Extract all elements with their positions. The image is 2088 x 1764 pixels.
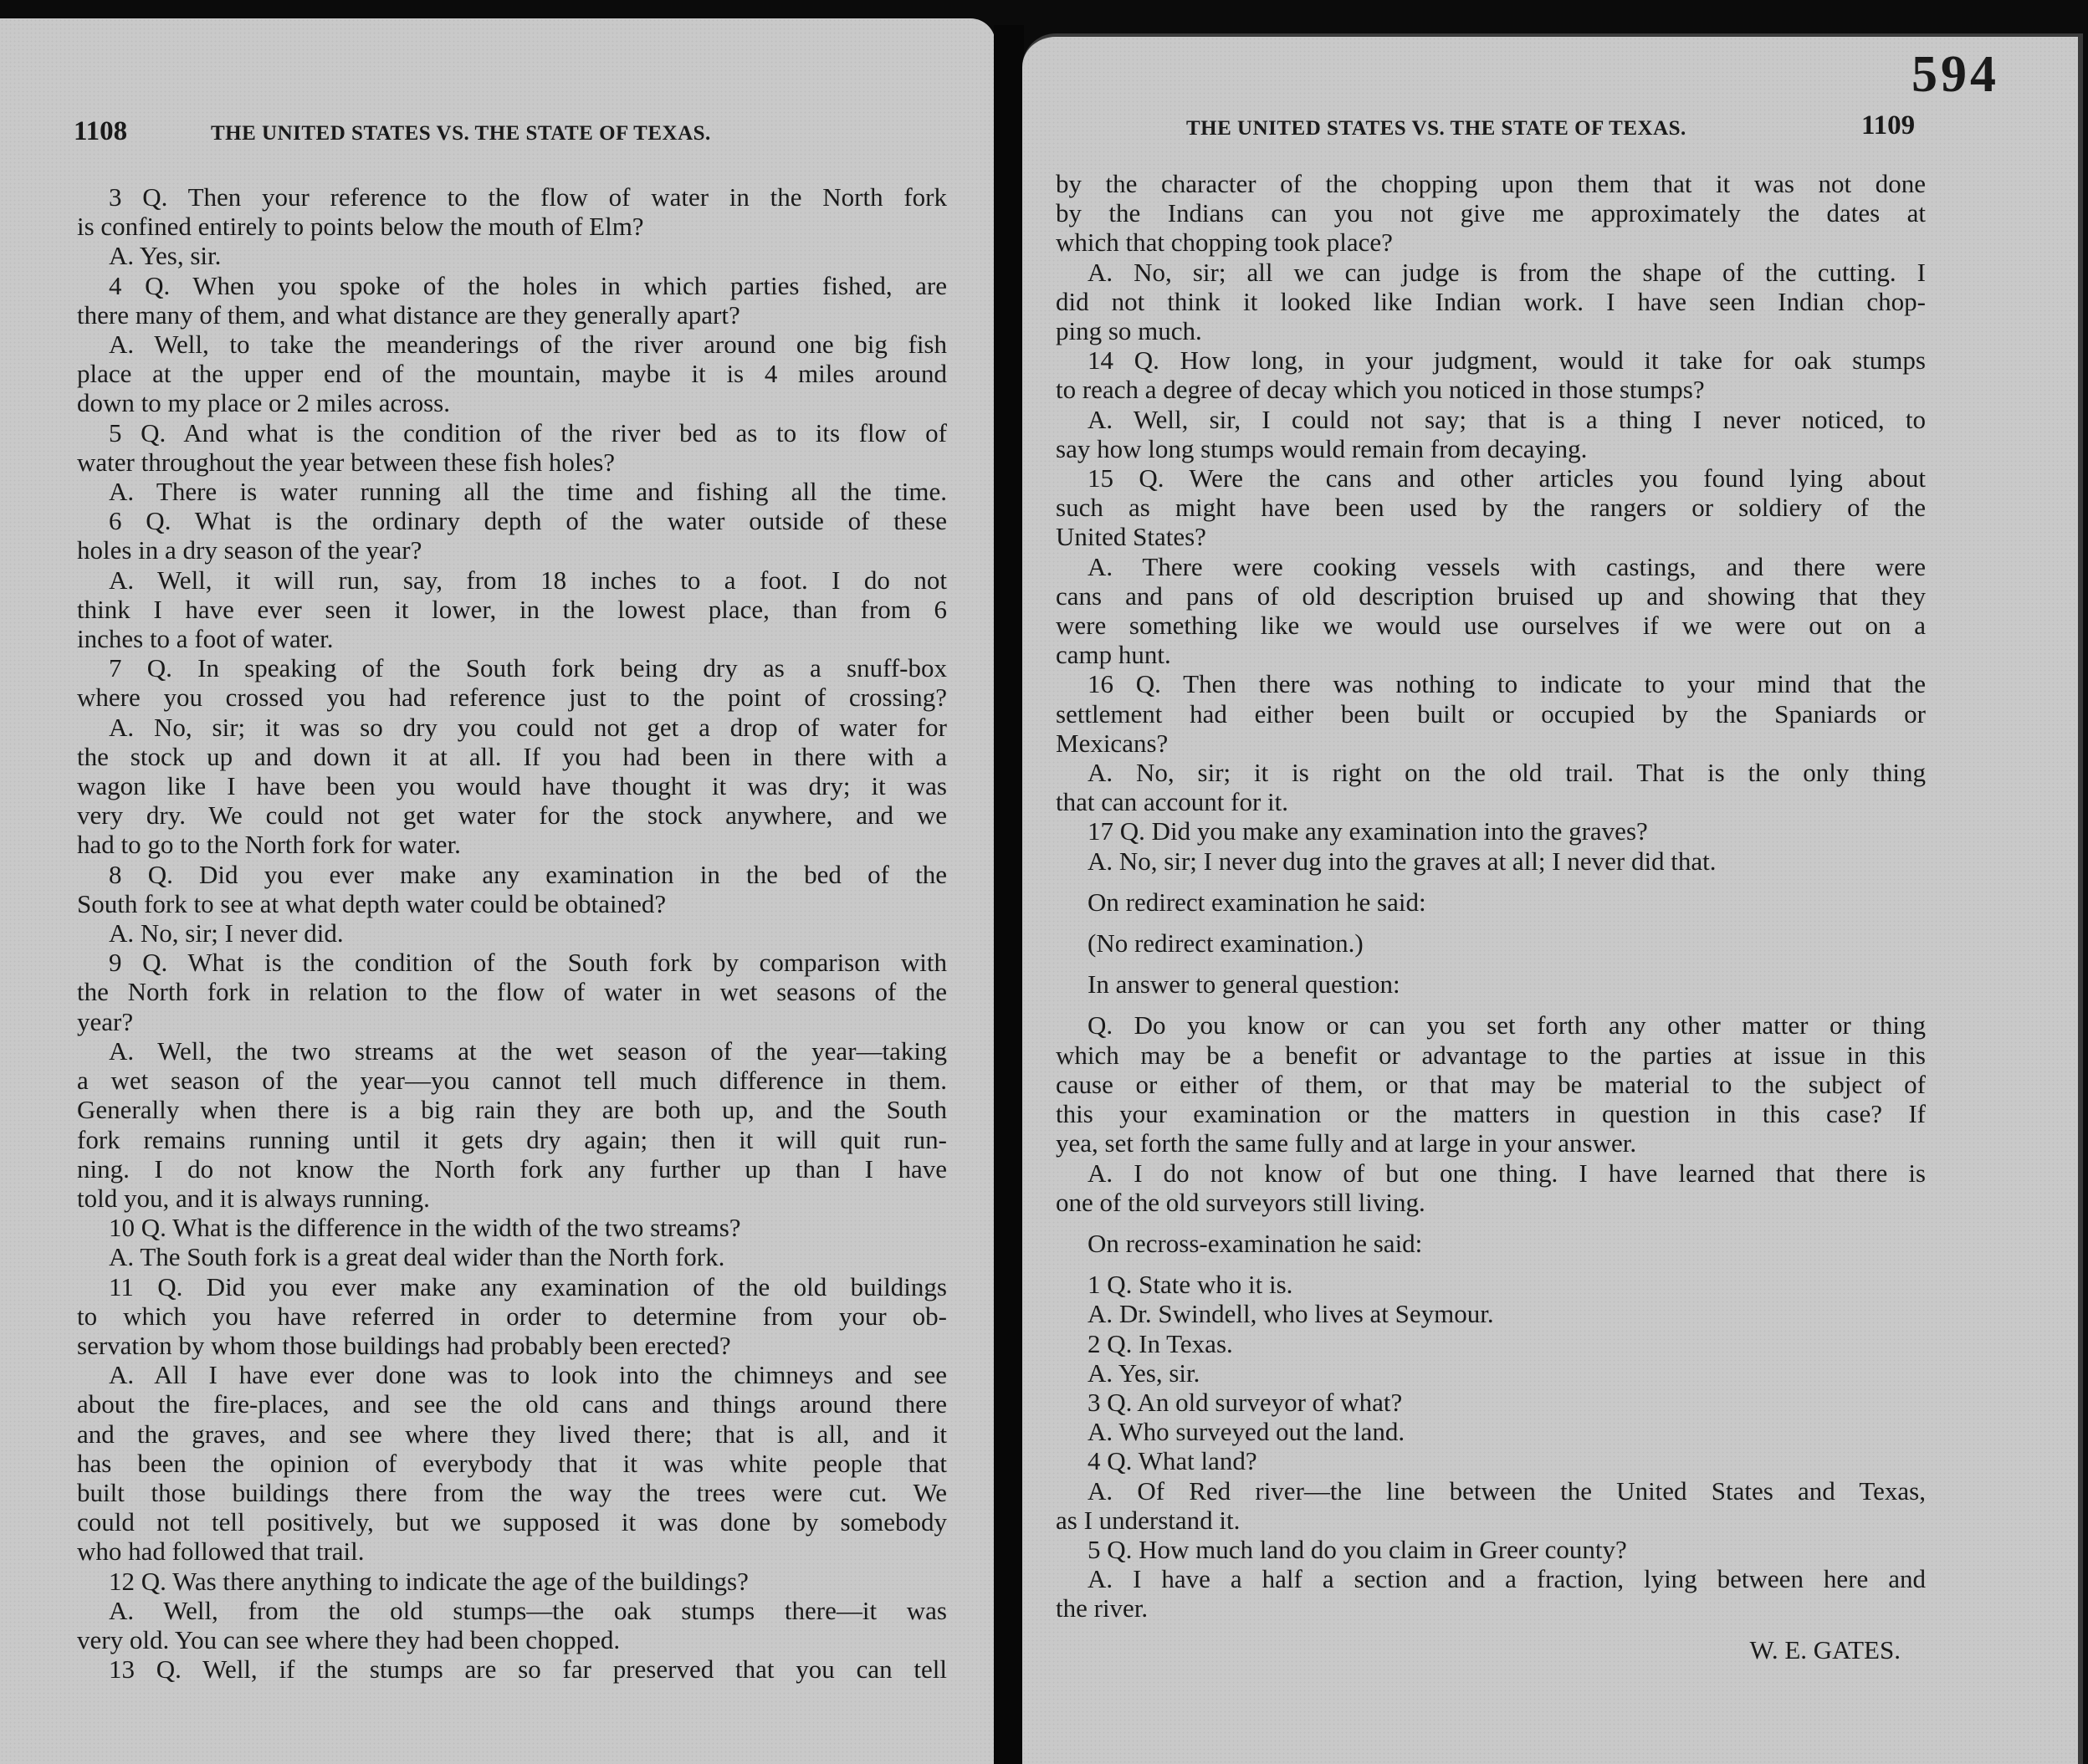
- text-line: A. Well, it will run, say, from 18 inche…: [77, 565, 947, 595]
- text-line: Q. Do you know or can you set forth any …: [1056, 1010, 1926, 1040]
- text-line: 5 Q. And what is the condition of the ri…: [77, 418, 947, 447]
- text-line: did not think it looked like Indian work…: [1056, 287, 1926, 316]
- text-line: W. E. GATES.: [1056, 1635, 1926, 1664]
- text-line: one of the old surveyors still living.: [1056, 1188, 1926, 1217]
- text-line: 6 Q. What is the ordinary depth of the w…: [77, 506, 947, 535]
- text-line: settlement had either been built or occu…: [1056, 699, 1926, 729]
- running-head-left: THE UNITED STATES VS. THE STATE OF TEXAS…: [211, 122, 711, 146]
- text-line: to which you have referred in order to d…: [77, 1301, 947, 1331]
- text-line: 13 Q. Well, if the stumps are so far pre…: [77, 1654, 947, 1684]
- text-line: that can account for it.: [1056, 787, 1926, 816]
- text-line: Generally when there is a big rain they …: [77, 1095, 947, 1124]
- text-line: A. I have a half a section and a fractio…: [1056, 1564, 1926, 1593]
- right-page: 594 THE UNITED STATES VS. THE STATE OF T…: [1022, 33, 2083, 1764]
- text-line: cause or either of them, or that may be …: [1056, 1070, 1926, 1099]
- text-line: 10 Q. What is the difference in the widt…: [77, 1213, 947, 1242]
- text-line: and the graves, and see where they lived…: [77, 1419, 947, 1449]
- text-line: this your examination or the matters in …: [1056, 1099, 1926, 1128]
- text-line: servation by whom those buildings had pr…: [77, 1331, 947, 1360]
- text-line: A. Yes, sir.: [77, 241, 947, 270]
- text-line: down to my place or 2 miles across.: [77, 388, 947, 417]
- text-line: A. Yes, sir.: [1056, 1358, 1926, 1388]
- text-line: On recross-examination he said:: [1056, 1229, 1926, 1258]
- text-line: a wet season of the year—you cannot tell…: [77, 1066, 947, 1095]
- text-line: fork remains running until it gets dry a…: [77, 1125, 947, 1154]
- text-line: On redirect examination he said:: [1056, 887, 1926, 917]
- right-page-body: by the character of the chopping upon th…: [1056, 169, 1926, 1664]
- text-line: 4 Q. When you spoke of the holes in whic…: [77, 271, 947, 300]
- text-line: has been the opinion of everybody that i…: [77, 1449, 947, 1478]
- text-line: 4 Q. What land?: [1056, 1446, 1926, 1475]
- running-head-right: THE UNITED STATES VS. THE STATE OF TEXAS…: [1186, 117, 1686, 141]
- text-line: about the fire-places, and see the old c…: [77, 1389, 947, 1419]
- text-line: ping so much.: [1056, 316, 1926, 345]
- text-line: 12 Q. Was there anything to indicate the…: [77, 1567, 947, 1596]
- text-line: A. There is water running all the time a…: [77, 477, 947, 506]
- text-line: could not tell positively, but we suppos…: [77, 1507, 947, 1536]
- text-line: A. Who surveyed out the land.: [1056, 1417, 1926, 1446]
- text-line: A. The South fork is a great deal wider …: [77, 1242, 947, 1271]
- text-line: A. No, sir; it is right on the old trail…: [1056, 758, 1926, 787]
- text-line: 14 Q. How long, in your judgment, would …: [1056, 345, 1926, 375]
- text-line: yea, set forth the same fully and at lar…: [1056, 1128, 1926, 1158]
- text-line: 2 Q. In Texas.: [1056, 1329, 1926, 1358]
- book-gutter: [994, 25, 1024, 1764]
- text-line: where you crossed you had reference just…: [77, 683, 947, 712]
- text-line: inches to a foot of water.: [77, 624, 947, 653]
- text-line: 7 Q. In speaking of the South fork being…: [77, 653, 947, 683]
- text-line: A. No, sir; I never dug into the graves …: [1056, 846, 1926, 876]
- text-line: by the character of the chopping upon th…: [1056, 169, 1926, 198]
- text-line: the stock up and down it at all. If you …: [77, 742, 947, 771]
- text-line: 9 Q. What is the condition of the South …: [77, 948, 947, 977]
- text-line: wagon like I have been you would have th…: [77, 771, 947, 800]
- text-line: A. Dr. Swindell, who lives at Seymour.: [1056, 1299, 1926, 1328]
- page-number-right: 1109: [1861, 110, 1915, 141]
- text-line: 1 Q. State who it is.: [1056, 1270, 1926, 1299]
- text-line: A. Well, from the old stumps—the oak stu…: [77, 1596, 947, 1625]
- page-number-left: 1108: [74, 116, 127, 147]
- text-line: the river.: [1056, 1593, 1926, 1623]
- text-line: South fork to see at what depth water co…: [77, 889, 947, 918]
- text-line: 17 Q. Did you make any examination into …: [1056, 816, 1926, 846]
- text-line: In answer to general question:: [1056, 969, 1926, 999]
- text-line: as I understand it.: [1056, 1506, 1926, 1535]
- text-line: 3 Q. An old surveyor of what?: [1056, 1388, 1926, 1417]
- left-page-body: 3 Q. Then your reference to the flow of …: [77, 182, 947, 1684]
- text-line: A. Well, the two streams at the wet seas…: [77, 1036, 947, 1066]
- text-line: A. There were cooking vessels with casti…: [1056, 552, 1926, 581]
- text-line: there many of them, and what distance ar…: [77, 300, 947, 330]
- text-line: very dry. We could not get water for the…: [77, 800, 947, 830]
- text-line: 16 Q. Then there was nothing to indicate…: [1056, 669, 1926, 698]
- text-line: A. I do not know of but one thing. I hav…: [1056, 1158, 1926, 1188]
- text-line: place at the upper end of the mountain, …: [77, 359, 947, 388]
- text-line: think I have ever seen it lower, in the …: [77, 595, 947, 624]
- text-line: year?: [77, 1007, 947, 1036]
- text-line: A. Of Red river—the line between the Uni…: [1056, 1476, 1926, 1506]
- text-line: which that chopping took place?: [1056, 228, 1926, 257]
- text-line: 5 Q. How much land do you claim in Greer…: [1056, 1535, 1926, 1564]
- text-line: who had followed that trail.: [77, 1536, 947, 1566]
- text-line: United States?: [1056, 522, 1926, 551]
- left-page: 1108 THE UNITED STATES VS. THE STATE OF …: [0, 18, 995, 1764]
- text-line: were something like we would use ourselv…: [1056, 611, 1926, 640]
- text-line: 8 Q. Did you ever make any examination i…: [77, 860, 947, 889]
- text-line: say how long stumps would remain from de…: [1056, 434, 1926, 463]
- text-line: to reach a degree of decay which you not…: [1056, 375, 1926, 404]
- text-line: holes in a dry season of the year?: [77, 535, 947, 565]
- text-line: Mexicans?: [1056, 729, 1926, 758]
- text-line: such as might have been used by the rang…: [1056, 493, 1926, 522]
- text-line: A. All I have ever done was to look into…: [77, 1360, 947, 1389]
- text-line: built those buildings there from the way…: [77, 1478, 947, 1507]
- text-line: A. No, sir; I never did.: [77, 918, 947, 948]
- text-line: A. Well, sir, I could not say; that is a…: [1056, 405, 1926, 434]
- text-line: by the Indians can you not give me appro…: [1056, 198, 1926, 228]
- text-line: which may be a benefit or advantage to t…: [1056, 1041, 1926, 1070]
- text-line: A. No, sir; it was so dry you could not …: [77, 713, 947, 742]
- text-line: cans and pans of old description bruised…: [1056, 581, 1926, 611]
- text-line: water throughout the year between these …: [77, 447, 947, 477]
- text-line: A. No, sir; all we can judge is from the…: [1056, 258, 1926, 287]
- text-line: 15 Q. Were the cans and other articles y…: [1056, 463, 1926, 493]
- folio-stamp: 594: [1911, 45, 1999, 105]
- text-line: 3 Q. Then your reference to the flow of …: [77, 182, 947, 212]
- text-line: (No redirect examination.): [1056, 928, 1926, 958]
- text-line: A. Well, to take the meanderings of the …: [77, 330, 947, 359]
- text-line: is confined entirely to points below the…: [77, 212, 947, 241]
- text-line: camp hunt.: [1056, 640, 1926, 669]
- text-line: the North fork in relation to the flow o…: [77, 977, 947, 1006]
- text-line: told you, and it is always running.: [77, 1184, 947, 1213]
- text-line: 11 Q. Did you ever make any examination …: [77, 1272, 947, 1301]
- text-line: very old. You can see where they had bee…: [77, 1625, 947, 1654]
- text-line: ning. I do not know the North fork any f…: [77, 1154, 947, 1184]
- text-line: had to go to the North fork for water.: [77, 830, 947, 859]
